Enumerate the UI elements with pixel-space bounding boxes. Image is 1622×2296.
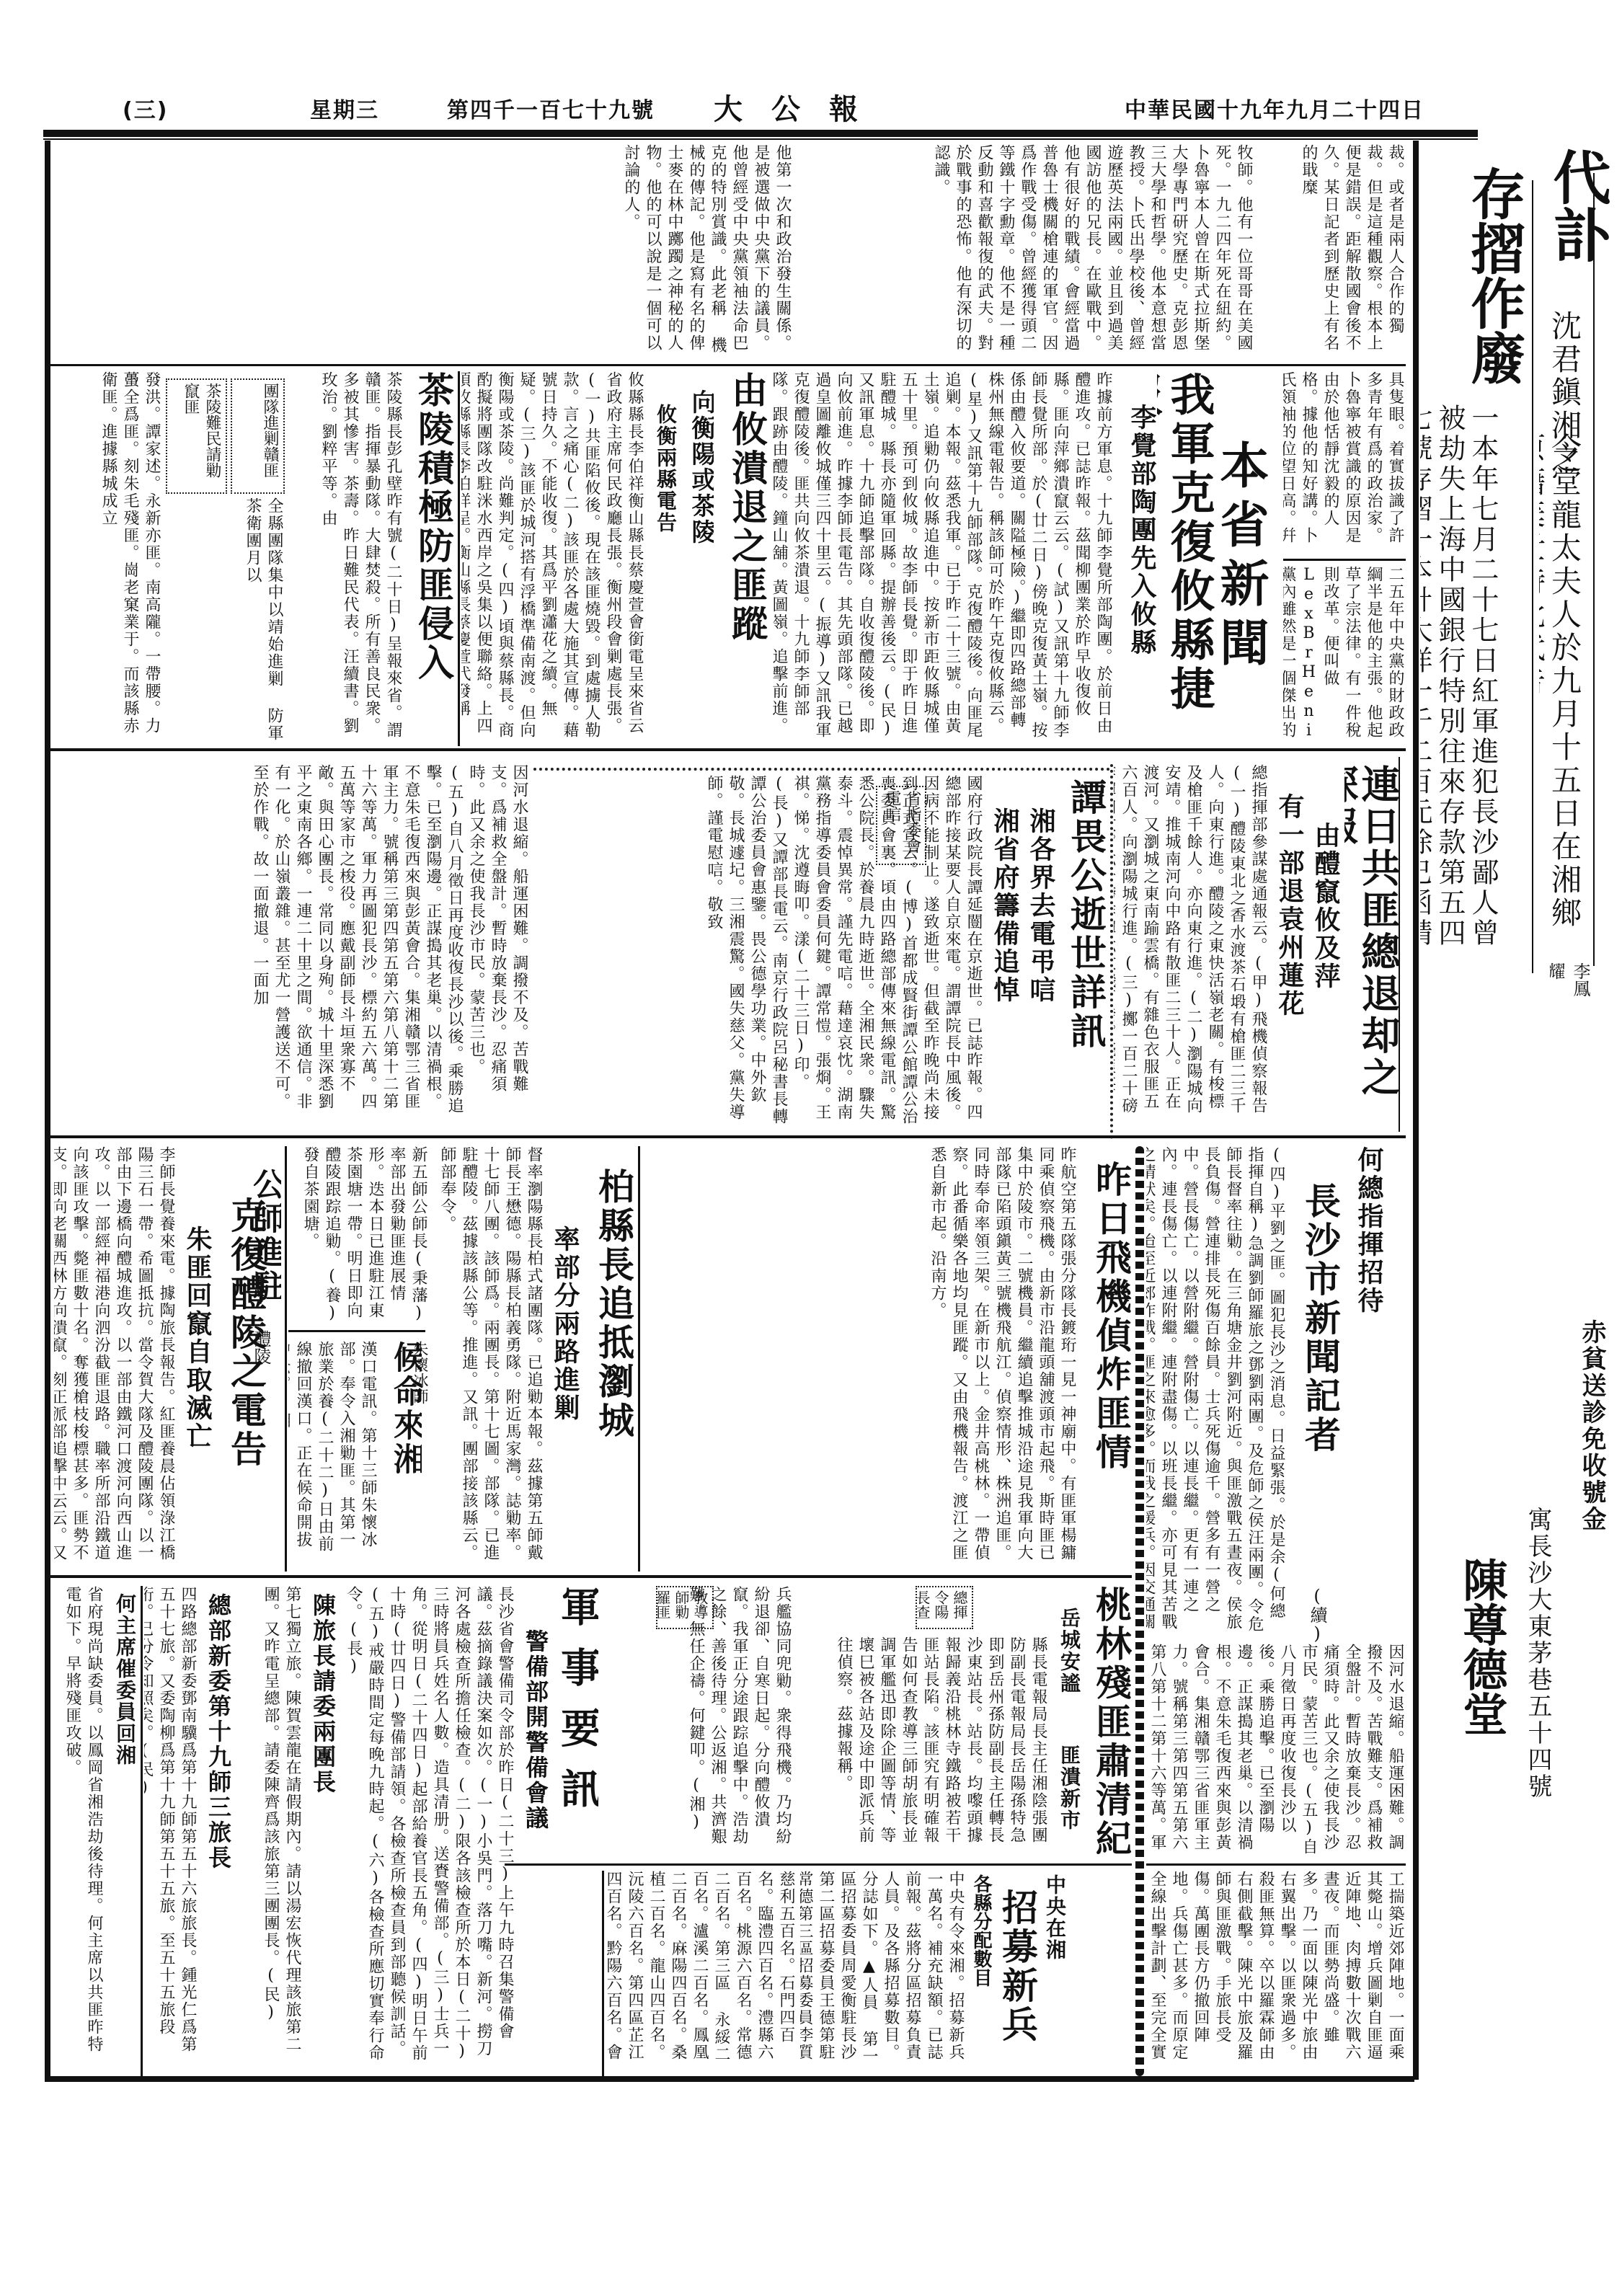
front-body-b-text: 工揣築近郊陣地。一面乘其斃山。增兵圖剿自匪逼近陣地、肉搏數十次戰六晝夜。而匪勢尚… [1146, 1871, 1404, 2061]
military-item-4-body: 省府現尚缺委員。以鳳岡省湘浩劫後待理。何主席以共匪昨特電如下。早將殘匪攻破。 [54, 1586, 105, 2069]
zhu-subhead: 朱懷冰師 [415, 1341, 430, 1485]
zhu-body: 漢口電訊。第十三師朱懷冰部。奉令入湘勦匪。其第一旅業於養(二十二)日由前線撤回漢… [288, 1341, 378, 1564]
recruit-subhead-2: 各縣分配數目 [970, 1874, 995, 2018]
front-divider [1146, 1863, 1406, 1866]
plane-body: 昨航空第五隊張分隊長鍍珩一見一神廟中。有匪軍楊鏞同乘偵察飛機。由新市沿龍頭舖渡頭… [642, 1146, 1078, 1572]
taolin-headline: 桃林殘匪肅清紀 [1081, 1586, 1132, 1896]
editorial-divider-2 [1283, 559, 1406, 561]
boxian-subhead: 率部分兩路進剿 [548, 1225, 580, 1499]
press-body-text: (四)平劉之匪。圖犯長沙之消息。日益緊張。於是余(何總指揮自稱)急調劉師羅旅之鄧… [1146, 1146, 1285, 1633]
boxed-note-refugees: 茶陵難民請勦竄匪 [166, 378, 227, 494]
plane-body-text: 昨航空第五隊張分隊長鍍珩一見一神廟中。有匪軍楊鏞同乘偵察飛機。由新市沿龍頭舖渡頭… [929, 1146, 1076, 1561]
taolin-headline-text: 桃林殘匪肅清紀 [1090, 1586, 1132, 1896]
plane-headline-text: 昨日飛機偵炸匪情 [1090, 1161, 1132, 1564]
retreat-route-subhead: 向衡陽或茶陵 [681, 389, 714, 606]
taolin-subhead-2-text: 匪潰新市 [1057, 1745, 1081, 1889]
zhu-subhead-text: 朱懷冰師 [415, 1341, 428, 1404]
liling-headline-text: 克復醴陵之電告 [225, 1197, 267, 1572]
left-small-news: 發洪。譚家述。永新亦匪。南高隴。一帶腰。力蠆全爲匪。刻朱毛殘匪。崗老窠業于。而該… [50, 371, 162, 743]
youxian-headline-text: 我軍克復攸縣捷報 [1157, 371, 1215, 746]
bottom-border [45, 2076, 1414, 2082]
editorial-divider [50, 364, 1406, 366]
military-item-4-title: 何主席催委員回湘 [108, 1593, 137, 1809]
tan-death-body: 國府行政院長譚延闓在京逝世。已誌昨報。四總部昨接某要人自京來電。謂譚院長中風後。… [533, 775, 984, 1128]
recruit-body-text: 中央有令來湘。招募新兵一萬名。補充缺額。已誌前報。茲將分區招募負責人員。及各縣招… [800, 1871, 965, 2065]
military-item-1-title: 警備部開警備會議 [519, 1629, 551, 1918]
tan-death-subhead-1: 湘各界去電弔唁 [1024, 807, 1056, 1052]
recruit-headline-text: 招募新兵 [996, 1889, 1038, 2069]
retreat-report-subhead-1-text: 由醴竄攸及萍 [1309, 822, 1341, 1009]
obituary-text-2: 令堂龍太夫人於九月十五日在湘鄉原籍棄世特此代告 [1539, 433, 1582, 952]
left-small-news-2: 全縣團隊集中以靖始進剿 防軍茶衛團月以 [166, 497, 285, 743]
military-item-3-title-text: 總部新委第十九師三旅長 [203, 1593, 234, 1954]
editorial-col-b: 牧師。他有一位哥哥在美國死。一九二四年死在紐約。卜魯寧本人曾在斯式拉斯堡大學專門… [793, 144, 1254, 360]
col-rule-2 [638, 1146, 640, 1572]
dotted-divider [1110, 764, 1113, 1139]
retreat-report-subhead-2: 有一部退袁州蓮花 [1272, 793, 1305, 1081]
taolin-subhead-1: 岳城安謐 [1052, 1608, 1081, 1737]
editorial-col-d: 具隻眼。着實拔識了許多青年有爲的政治家。卜魯寧被賞識的原因是由於他恬靜沈毅的人格… [1283, 371, 1406, 555]
front-body-a-text: 因河水退縮。船運困難。調撥不及。苦戰難支。爲補救全盤計。暫時放棄長沙。忍痛須時。… [1146, 1644, 1404, 1856]
ad-divider-2 [1532, 180, 1533, 973]
ad-column-border [1413, 141, 1419, 2080]
masthead-rule [43, 130, 1478, 137]
youxian-body: 昨據前方軍息。十九師李覺所部陶團。於前日由醴進攻。已誌昨報。茲聞柳團業於昨早收復… [771, 371, 1114, 743]
boxed-note-troops-text: 團隊進剿贛匪 [261, 383, 279, 478]
ad-divider [1593, 173, 1595, 966]
liling-subhead: 朱匪回竄自取滅亡 [180, 1225, 213, 1514]
chaling-headline: 茶陵積極防匪侵入 [407, 371, 454, 746]
tan-death-body-text: 國府行政院長譚延闓在京逝世。已誌昨報。四總部昨接某要人自京來電。謂譚院長中風後。… [705, 775, 983, 1125]
boxed-note-yueyang-text: 總揮令陽長查縣岳電指報 [916, 1590, 968, 1619]
boxed-note-refugees-text: 茶陵難民請勦竄匪 [182, 383, 221, 478]
recruit-subhead-2-text: 各縣分配數目 [970, 1874, 995, 2018]
recruit-headline: 招募新兵 [995, 1889, 1038, 2069]
retreat-route-subhead-text: 向衡陽或茶陵 [689, 389, 714, 606]
editorial-text-d: 二五年中央黨的財政政綱半是他的主張。他起草了宗法律。有一件稅則改革。便叫做Lex… [1283, 566, 1404, 743]
obituary-signers: 李鳳耀 王政詩 黎樹星 啓 [1550, 962, 1590, 997]
lost-stub-text: 一本年七月二十七日紅軍進犯長沙鄙人曾被劫失上海中國銀行特別往來存款第五四七號存摺… [1420, 404, 1499, 966]
editorial-text-f: 他第一次和政治發生關係。是被選做中央黨下的議員。他曾經受中央黨領袖法命巴克的特別… [709, 144, 792, 352]
military-section-title: 軍事要訊 [555, 1586, 598, 2091]
page-number: (三) [123, 92, 168, 124]
tan-death-headline: 譚畏公逝世詳訊 [1060, 779, 1107, 1125]
gongshi-divider [288, 1330, 425, 1332]
tan-death-subhead-1-text: 湘各界去電弔唁 [1024, 807, 1056, 1052]
boxian-headline-text: 柏縣長追抵瀏城 [593, 1168, 634, 1572]
col-rule [1399, 757, 1400, 1132]
boxed-note-troops: 團隊進剿贛匪 [231, 378, 285, 494]
press-continued-text: (續) [1307, 1586, 1327, 1644]
military-item-3-body: 四路總部新委鄧南驥爲第十九師第五十六旅旅長。鍾光仁爲第五十七旅。又委陶柳爲第十九… [144, 1586, 198, 2069]
column-divider [458, 371, 460, 746]
recruit-counts: 慈利五百名。石門四百名。臨澧四百名。澧縣六百名。桃源六百名。常德二百名。第三區 … [606, 1871, 797, 2073]
chaling-body-text: 茶陵縣長彭孔壁昨有號(二十日)呈報來省。謂贛匪。指揮暴動隊。大肆焚殺。所有善良民… [319, 371, 402, 739]
chaling-body: 茶陵縣長彭孔壁昨有號(二十日)呈報來省。謂贛匪。指揮暴動隊。大肆焚殺。所有善良民… [288, 371, 404, 743]
lost-stub-body: 一本年七月二十七日紅軍進犯長沙鄙人曾被劫失上海中國銀行特別往來存款第五四七號存摺… [1420, 404, 1499, 949]
retreat-report-subhead-2-text: 有一部退袁州蓮花 [1273, 793, 1305, 1081]
editorial-col-e: 二五年中央黨的財政政綱半是他的主張。他起草了宗法律。有一件稅則改革。便叫做Lex… [1283, 566, 1406, 743]
front-body-b: 工揣築近郊陣地。一面乘其斃山。增兵圖剿自匪逼近陣地、肉搏數十次戰六晝夜。而匪勢尚… [1146, 1871, 1406, 2073]
taolin-body-2-text: 兵艦協同兜勦。衆得飛機。乃均紛紛退卻、自寒日起。分向醴攸潰竄。我軍正分途跟踪追擊… [687, 1586, 792, 1845]
recruit-subhead-1: 中央在湘 [1038, 1874, 1067, 1990]
publication-date: 中華民國十九年九月二十四日 [1125, 92, 1424, 124]
masthead: (三) 星期三 第四千一百七十九號 大公報 中華民國十九年九月二十四日 [43, 87, 1478, 130]
col-rule-5 [141, 1586, 143, 2076]
clinic-address-text: 寓長沙大東茅巷五十四號 [1523, 1507, 1552, 1800]
retreat-report-body: 總指揮部參謀處通報云。(甲)飛機偵察報告(一)醴陵東北之香水渡茶石塅有槍匪二三千… [1114, 764, 1269, 1125]
editorial-text-a: 裁。或者是兩人合作的獨裁。但是這種觀察。根本上便是錯誤。距解散國會後不久。某日記… [1300, 144, 1404, 352]
obituary-line-2: 令堂龍太夫人於九月十五日在湘鄉原籍棄世特此代告 [1539, 433, 1582, 930]
liling-body: 李師長覺養來電。據陶旅長報告。紅匪養晨佔領淥江橋陽三石一帶。希圖抵抗。當令賀大隊… [54, 1146, 177, 1572]
section-divider-2 [50, 1135, 1406, 1138]
boxian-headline: 柏縣長追抵瀏城 [584, 1168, 634, 1572]
liling-headline: 克復醴陵之電告 [216, 1197, 267, 1572]
clinic-address: 寓長沙大東茅巷五十四號 [1517, 1507, 1554, 1867]
retreat-route-body-text: 攸縣縣長李伯祥衡山縣長蔡慶萱會銜電呈來省云省政府主席何民政廳長張。衡州段會剿處長… [461, 371, 644, 739]
press-body: (四)平劉之匪。圖犯長沙之消息。日益緊張。於是余(何總指揮自稱)急調劉師羅旅之鄧… [1146, 1146, 1287, 1636]
youxian-subhead-text: 李覺部陶團先入攸縣 [1125, 404, 1157, 743]
section-divider-3 [50, 1575, 1132, 1578]
taolin-subhead-2: 匪潰新市 [1052, 1745, 1081, 1889]
chain-divider [1135, 1146, 1144, 2076]
recruit-subhead-1-text: 中央在湘 [1042, 1874, 1067, 1990]
paper-title: 大公報 [714, 87, 887, 128]
editorial-col-c: 他第一次和政治發生關係。是被選做中央黨下的議員。他曾經受中央黨領袖法命巴克的特別… [50, 144, 793, 360]
boxian-body: 督率瀏陽縣長柏式諸團隊。已追勦本報。茲據第五師戴師長王懋德。陽縣長柏義勇隊。附近… [433, 1146, 544, 1572]
issue-number: 第四千一百七十九號 [447, 92, 655, 124]
gongshi-body: 新五師公師長(秉藩)率部出發勦匪進展情形。迭本日已進駐江東茶園塘一帶。明日即向醴… [288, 1146, 429, 1326]
section-title-text: 本省新聞 [1218, 440, 1269, 676]
tan-death-headline-text: 譚畏公逝世詳訊 [1065, 779, 1107, 1125]
youxian-subhead: 李覺部陶團先入攸縣 [1117, 404, 1157, 743]
retreat-report-body-text: 總指揮部參謀處通報云。(甲)飛機偵察報告(一)醴陵東北之香水渡茶石塅有槍匪二三千… [1114, 764, 1267, 1119]
retreat-route-subhead-2-text: 攸衡兩縣電告 [653, 404, 678, 620]
youxian-headline: 我軍克復攸縣捷報 [1157, 371, 1215, 746]
clinic-free-notice: 赤貧送診免收號金 [1577, 1319, 1606, 1533]
weekday: 星期三 [310, 92, 379, 124]
left-column-continuation: 因河水退縮。船運困難。調撥不及。苦戰難支。爲補救全盤計。暫時放棄長沙。忍痛須時。… [50, 764, 530, 1125]
col-rule-3 [285, 1146, 287, 1572]
taolin-body: 縣長電報局長主任湘陰張團防副長電報局長岳陽孫特急即到岳州孫防副長主任轉長沙東站長… [793, 1636, 1049, 1860]
editorial-text-c: 具隻眼。着實拔識了許多青年有爲的政治家。卜魯寧被賞識的原因是由於他恬靜沈毅的人格… [1283, 371, 1404, 544]
military-item-4-title-text: 何主席催委員回湘 [112, 1593, 137, 1809]
press-headline-text: 長沙市新聞記者 [1299, 1182, 1341, 1586]
taolin-subhead-1-text: 岳城安謐 [1057, 1608, 1081, 1737]
press-subhead: 何總指揮招待 [1341, 1146, 1384, 1348]
press-continued: (續) [1294, 1586, 1330, 1644]
youxian-body-text: 昨據前方軍息。十九師李覺所部陶團。於前日由醴進攻。已誌昨報。茲聞柳團業於昨早收復… [771, 371, 1112, 739]
military-item-2-title-text: 陳旅長請委兩團長 [307, 1593, 339, 1881]
editorial-col-a: 裁。或者是兩人合作的獨裁。但是這種觀察。根本上便是錯誤。距解散國會後不久。某日記… [1254, 144, 1406, 360]
press-headline: 長沙市新聞記者 [1290, 1182, 1341, 1586]
press-subhead-text: 何總指揮招待 [1352, 1146, 1384, 1348]
taolin-body-text: 縣長電報局長主任湘陰張團防副長電報局長岳陽孫特急即到岳州孫防副長主任轉長沙東站長… [835, 1636, 1047, 1844]
boxian-subhead-text: 率部分兩路進剿 [549, 1225, 580, 1499]
military-item-4-body-text: 省府現尚缺委員。以鳳岡省湘浩劫後待理。何主席以共匪昨特電如下。早將殘匪攻破。 [63, 1586, 103, 2053]
section-divider-1 [50, 748, 1406, 751]
retreat-route-subhead-2: 攸衡兩縣電告 [649, 404, 678, 620]
dotted-rule [533, 768, 1110, 771]
chaling-headline-text: 茶陵積極防匪侵入 [412, 371, 454, 746]
retreat-route-body: 攸縣縣長李伯祥衡山縣長蔡慶萱會銜電呈來省云省政府主席何民政廳長張。衡州段會剿處長… [461, 371, 645, 743]
military-item-2-body-text: 第七獨立旅。陳賀雲龍在請假期內。請以湯宏恢代理該旅第二團。又昨電呈總部。請委陳齊… [262, 1586, 301, 2053]
editorial-text-e: 牧師。他有一位哥哥在美國死。一九二四年死在紐約。卜魯寧本人曾在斯式拉斯堡大學專門… [932, 144, 1253, 352]
military-item-1-body-text: 長沙省會警備司令部於昨日(二十三)上午九時召集警備會議。茲摘錄議決案如次。(一)… [345, 1586, 514, 2062]
ad-signers: 李鳳耀 王政詩 黎樹星 啓 [1550, 962, 1593, 1013]
taolin-divider [505, 1863, 1132, 1866]
liling-subhead-text: 朱匪回竄自取滅亡 [181, 1225, 213, 1514]
left-small-news-text-b: 全縣團隊集中以靖始進剿 [265, 497, 283, 688]
retreat-route-headline: 由攸潰退之匪蹤 [717, 371, 768, 746]
section-title-provincial-news: 本省新聞 [1218, 440, 1276, 743]
military-item-2-title: 陳旅長請委兩團長 [306, 1593, 339, 1881]
military-item-3-title: 總部新委第十九師三旅長 [202, 1593, 234, 1954]
military-section-title-text: 軍事要訊 [557, 1586, 598, 2091]
left-column-continuation-text: 因河水退縮。船運困難。調撥不及。苦戰難支。爲補救全盤計。暫時放棄長沙。忍痛須時。… [251, 764, 528, 1114]
gongshi-body-text: 新五師公師長(秉藩)率部出發勦匪進展情形。迭本日已進駐江東茶園塘一帶。明日即向醴… [301, 1146, 427, 1324]
left-small-news-text: 發洪。譚家述。永新亦匪。南高隴。一帶腰。力蠆全爲匪。刻朱毛殘匪。崗老窠業于。而該… [99, 371, 161, 735]
tan-death-subhead-2: 湘省府籌備追悼 [988, 807, 1020, 1052]
retreat-report-subhead-1: 由醴竄攸及萍 [1308, 822, 1341, 1009]
left-border [45, 141, 50, 2080]
plane-headline: 昨日飛機偵炸匪情 [1081, 1161, 1132, 1564]
recruit-body: 中央有令來湘。招募新兵一萬名。補充缺額。已誌前報。茲將分區招募負責人員。及各縣招… [800, 1871, 966, 2073]
military-item-3-body-text: 四路總部新委鄧南驥爲第十九師第五十六旅旅長。鍾光仁爲第五十七旅。又委陶柳爲第十九… [144, 1586, 197, 2053]
retreat-report-headline-text: 連日共匪總退却之探報 [1344, 764, 1399, 1125]
front-body-a: 因河水退縮。船運困難。調撥不及。苦戰難支。爲補救全盤計。暫時放棄長沙。忍痛須時。… [1146, 1644, 1406, 1860]
col-rule-4 [602, 1871, 604, 2076]
boxed-note-yueyang: 總揮令陽長查縣岳電指報 [916, 1586, 973, 1629]
retreat-route-headline-text: 由攸潰退之匪蹤 [726, 371, 768, 746]
retreat-report-headline: 連日共匪總退却之探報 [1344, 764, 1399, 1125]
clinic-notice: 赤貧送診免收號金 [1564, 1319, 1608, 1564]
recruit-counts-text: 慈利五百名。石門四百名。臨澧四百名。澧縣六百名。桃源六百名。常德二百名。第三區 … [606, 1871, 795, 2063]
military-item-1-body: 長沙省會警備司令部於昨日(二十三)上午九時召集警備會議。茲摘錄議決案如次。(一)… [342, 1586, 515, 2069]
clinic-name: 陳尊德堂 [1463, 1557, 1514, 1802]
tan-death-subhead-2-text: 湘省府籌備追悼 [988, 807, 1020, 1052]
masthead-rule-thin [43, 138, 1478, 140]
liling-body-text: 李師長覺養來電。據陶旅長報告。紅匪養晨佔領淥江橋陽三石一帶。希圖抵抗。當令賀大隊… [54, 1146, 175, 1561]
clinic-name-text: 陳尊德堂 [1463, 1557, 1508, 1736]
zhu-body-text: 漢口電訊。第十三師朱懷冰部。奉令入湘勦匪。其第一旅業於養(二十二)日由前線撤回漢… [288, 1341, 377, 1553]
boxian-body-text: 督率瀏陽縣長柏式諸團隊。已追勦本報。茲據第五師戴師長王懋德。陽縣長柏義勇隊。附近… [438, 1146, 543, 1561]
military-item-1-title-text: 警備部開警備會議 [520, 1629, 551, 1918]
military-item-2-body: 第七獨立旅。陳賀雲龍在請假期內。請以湯宏恢代理該旅第二團。又昨電呈總部。請委陳齊… [238, 1586, 303, 2069]
